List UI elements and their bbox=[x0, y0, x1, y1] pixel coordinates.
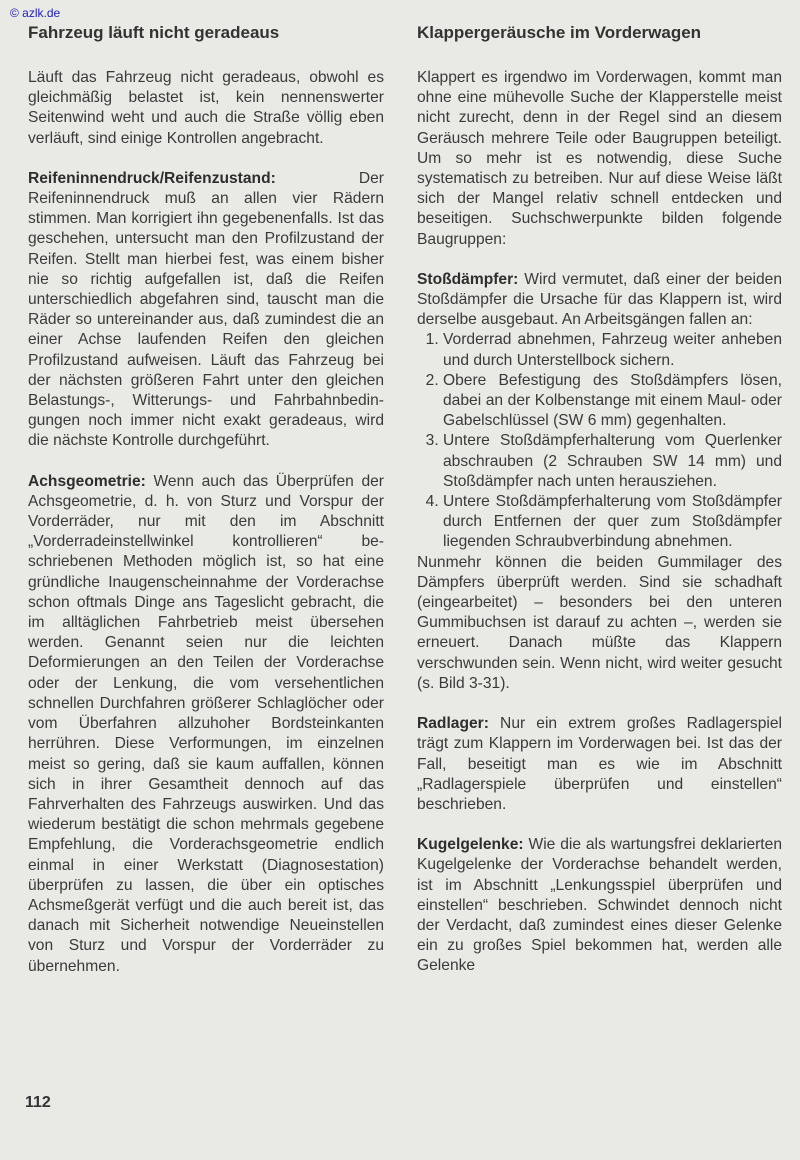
lead-achsgeometrie: Achsgeometrie: bbox=[28, 473, 146, 490]
section-title-klappergeraeusche: Klappergeräusche im Vorderwagen bbox=[417, 22, 782, 44]
section-title-geradeaus: Fahrzeug läuft nicht geradeaus bbox=[28, 22, 384, 44]
page-number: 112 bbox=[25, 1094, 51, 1112]
lead-stossdaempfer: Stoßdämpfer: bbox=[417, 271, 518, 288]
step-item: Untere Stoßdämpferhalterung vom Stoß­däm… bbox=[443, 492, 782, 553]
step-item: Obere Befestigung des Stoßdämpfers lösen… bbox=[443, 371, 782, 432]
lead-radlager: Radlager: bbox=[417, 715, 489, 732]
paragraph-achsgeometrie: Achsgeometrie: Wenn auch das Überprüfen … bbox=[28, 472, 384, 977]
paragraph-stossdaempfer: Stoßdämpfer: Wird vermutet, daß einer de… bbox=[417, 270, 782, 331]
intro-paragraph-right: Klappert es irgendwo im Vorderwagen, kom… bbox=[417, 68, 782, 250]
paragraph-gummilager: Nunmehr können die beiden Gummilager des… bbox=[417, 553, 782, 694]
paragraph-reifen: Reifeninnendruck/Reifenzustand: Der Reif… bbox=[28, 169, 384, 452]
step-item: Untere Stoßdämpferhalterung vom Quer­len… bbox=[443, 431, 782, 492]
intro-paragraph: Läuft das Fahrzeug nicht geradeaus, obwo… bbox=[28, 68, 384, 149]
paragraph-kugelgelenke: Kugelgelenke: Wie die als wartungsfrei d… bbox=[417, 835, 782, 976]
left-column: Fahrzeug läuft nicht geradeaus Läuft das… bbox=[28, 22, 384, 997]
step-item: Vorderrad abnehmen, Fahrzeug weiter anhe… bbox=[443, 330, 782, 370]
lead-reifen: Reifeninnendruck/Reifenzustand: bbox=[28, 170, 276, 187]
text-achsgeometrie: Wenn auch das Überprüfen der Achsgeometr… bbox=[28, 473, 384, 975]
text-reifen: Der Reifeninnendruck muß an allen vier R… bbox=[28, 170, 384, 450]
lead-kugelgelenke: Kugelgelenke: bbox=[417, 836, 524, 853]
steps-list: Vorderrad abnehmen, Fahrzeug weiter anhe… bbox=[417, 330, 782, 552]
paragraph-radlager: Radlager: Nur ein extrem großes Radlager… bbox=[417, 714, 782, 815]
text-kugelgelenke: Wie die als wartungsfrei de­klarierten K… bbox=[417, 836, 782, 974]
watermark: © azlk.de bbox=[10, 6, 60, 20]
right-column: Klappergeräusche im Vorderwagen Klappert… bbox=[417, 22, 782, 997]
